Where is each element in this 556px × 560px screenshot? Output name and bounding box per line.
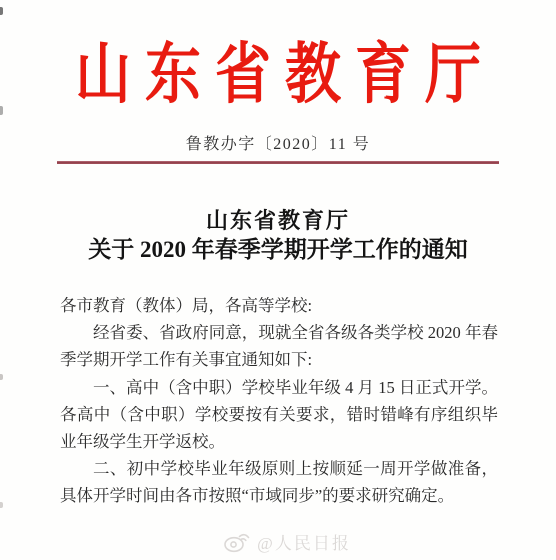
body-paragraph: 一、高中（含中职）学校毕业年级 4 月 15 日正式开学。各高中（含中职）学校要… (60, 374, 498, 456)
salutation: 各市教育（教体）局，各高等学校: (60, 292, 498, 319)
scan-artifact (0, 502, 3, 508)
scan-artifact (0, 374, 3, 380)
letterhead-agency-name: 山东省教育厅 (0, 22, 556, 116)
watermark: @人民日报 (9, 529, 556, 554)
scan-artifact (0, 7, 3, 15)
body-paragraph: 二、初中学校毕业年级原则上按顺延一周开学做准备，具体开学时间由各市按照“市域同步… (60, 455, 498, 509)
document-page: 山东省教育厅 鲁教办字〔2020〕11 号 山东省教育厅 关于 2020 年春季… (0, 0, 556, 560)
document-number: 鲁教办字〔2020〕11 号 (0, 131, 556, 154)
weibo-icon (223, 530, 250, 553)
notice-title: 山东省教育厅 关于 2020 年春季学期开学工作的通知 (0, 206, 556, 265)
body-paragraph: 经省委、省政府同意，现就全省各级各类学校 2020 年春季学期开学工作有关事宜通… (60, 319, 498, 373)
notice-title-line1: 山东省教育厅 (0, 206, 556, 235)
watermark-text: @人民日报 (257, 529, 351, 554)
notice-body: 各市教育（教体）局，各高等学校: 经省委、省政府同意，现就全省各级各类学校 20… (60, 292, 498, 510)
red-divider-line (57, 161, 499, 164)
notice-title-line2: 关于 2020 年春季学期开学工作的通知 (0, 235, 556, 265)
